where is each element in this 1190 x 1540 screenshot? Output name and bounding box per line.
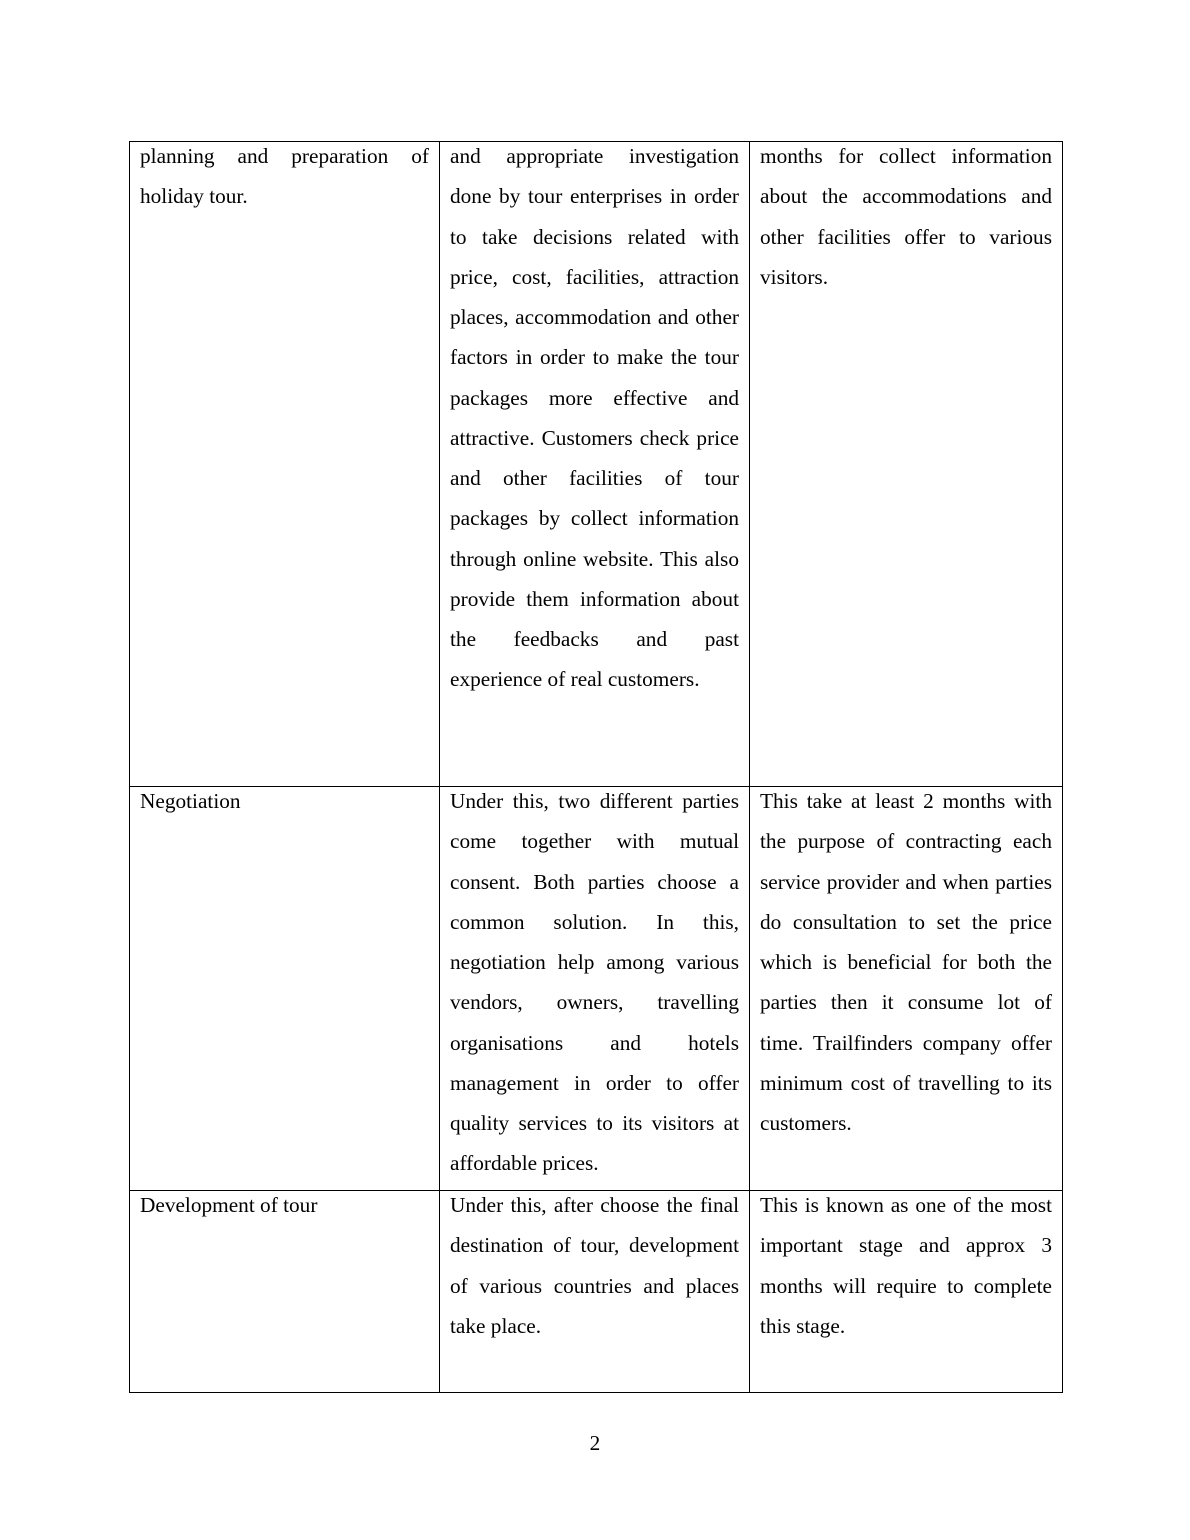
description-text: Under this, two different parties come t… [450, 781, 739, 1190]
duration-cell: This is known as one of the most importa… [750, 1191, 1063, 1393]
document-page: planning and preparation of holiday tour… [0, 0, 1190, 1540]
description-text: Under this, after choose the final desti… [450, 1185, 739, 1352]
duration-text: This take at least 2 months with the pur… [760, 781, 1052, 1149]
table-row: planning and preparation of holiday tour… [130, 142, 1063, 787]
table-row: Negotiation Under this, two different pa… [130, 787, 1063, 1191]
stage-text: Development of tour [140, 1185, 429, 1231]
page-number: 2 [0, 1429, 1190, 1457]
stage-text: planning and preparation of holiday tour… [140, 136, 429, 223]
duration-cell: This take at least 2 months with the pur… [750, 787, 1063, 1191]
stage-cell: Development of tour [130, 1191, 440, 1393]
description-cell: and appropriate investigation done by to… [440, 142, 750, 787]
duration-text: months for collect information about the… [760, 136, 1052, 303]
description-cell: Under this, after choose the final desti… [440, 1191, 750, 1393]
duration-cell: months for collect information about the… [750, 142, 1063, 787]
stage-cell: planning and preparation of holiday tour… [130, 142, 440, 787]
tour-stages-table: planning and preparation of holiday tour… [129, 141, 1063, 1393]
description-text: and appropriate investigation done by to… [450, 136, 739, 706]
description-cell: Under this, two different parties come t… [440, 787, 750, 1191]
table-row: Development of tour Under this, after ch… [130, 1191, 1063, 1393]
duration-text: This is known as one of the most importa… [760, 1185, 1052, 1352]
stage-cell: Negotiation [130, 787, 440, 1191]
stage-text: Negotiation [140, 781, 429, 827]
